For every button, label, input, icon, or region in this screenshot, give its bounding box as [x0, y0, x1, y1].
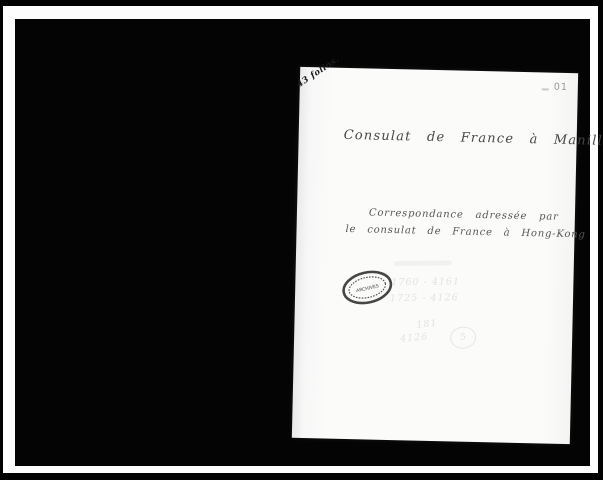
pencil-circled-number: 5	[449, 325, 477, 350]
pencil-annotation: 4126	[400, 331, 429, 344]
archive-stamp-icon: ARCHIVES	[338, 264, 397, 311]
document-title: Consulat de France à Manille	[344, 128, 603, 149]
page-number: 01	[554, 82, 568, 93]
pencil-annotation: 1760 - 4161	[391, 276, 460, 288]
microfilm-scan: 43 folios. 01 Consulat de France à Manil…	[0, 0, 603, 480]
archive-stamp-label: ARCHIVES	[356, 283, 380, 294]
pencil-annotation: 181	[416, 318, 438, 331]
document-subtitle-line2: le consulat de France à Hong-Kong	[345, 224, 585, 240]
page-number-dash-mark	[542, 88, 549, 90]
pencil-annotation: 1725 - 4126	[390, 292, 459, 304]
document-subtitle-line1: Correspondance adressée par	[369, 207, 559, 222]
document-page: 43 folios. 01 Consulat de France à Manil…	[292, 67, 578, 444]
faint-pencil-smudge	[394, 260, 452, 266]
